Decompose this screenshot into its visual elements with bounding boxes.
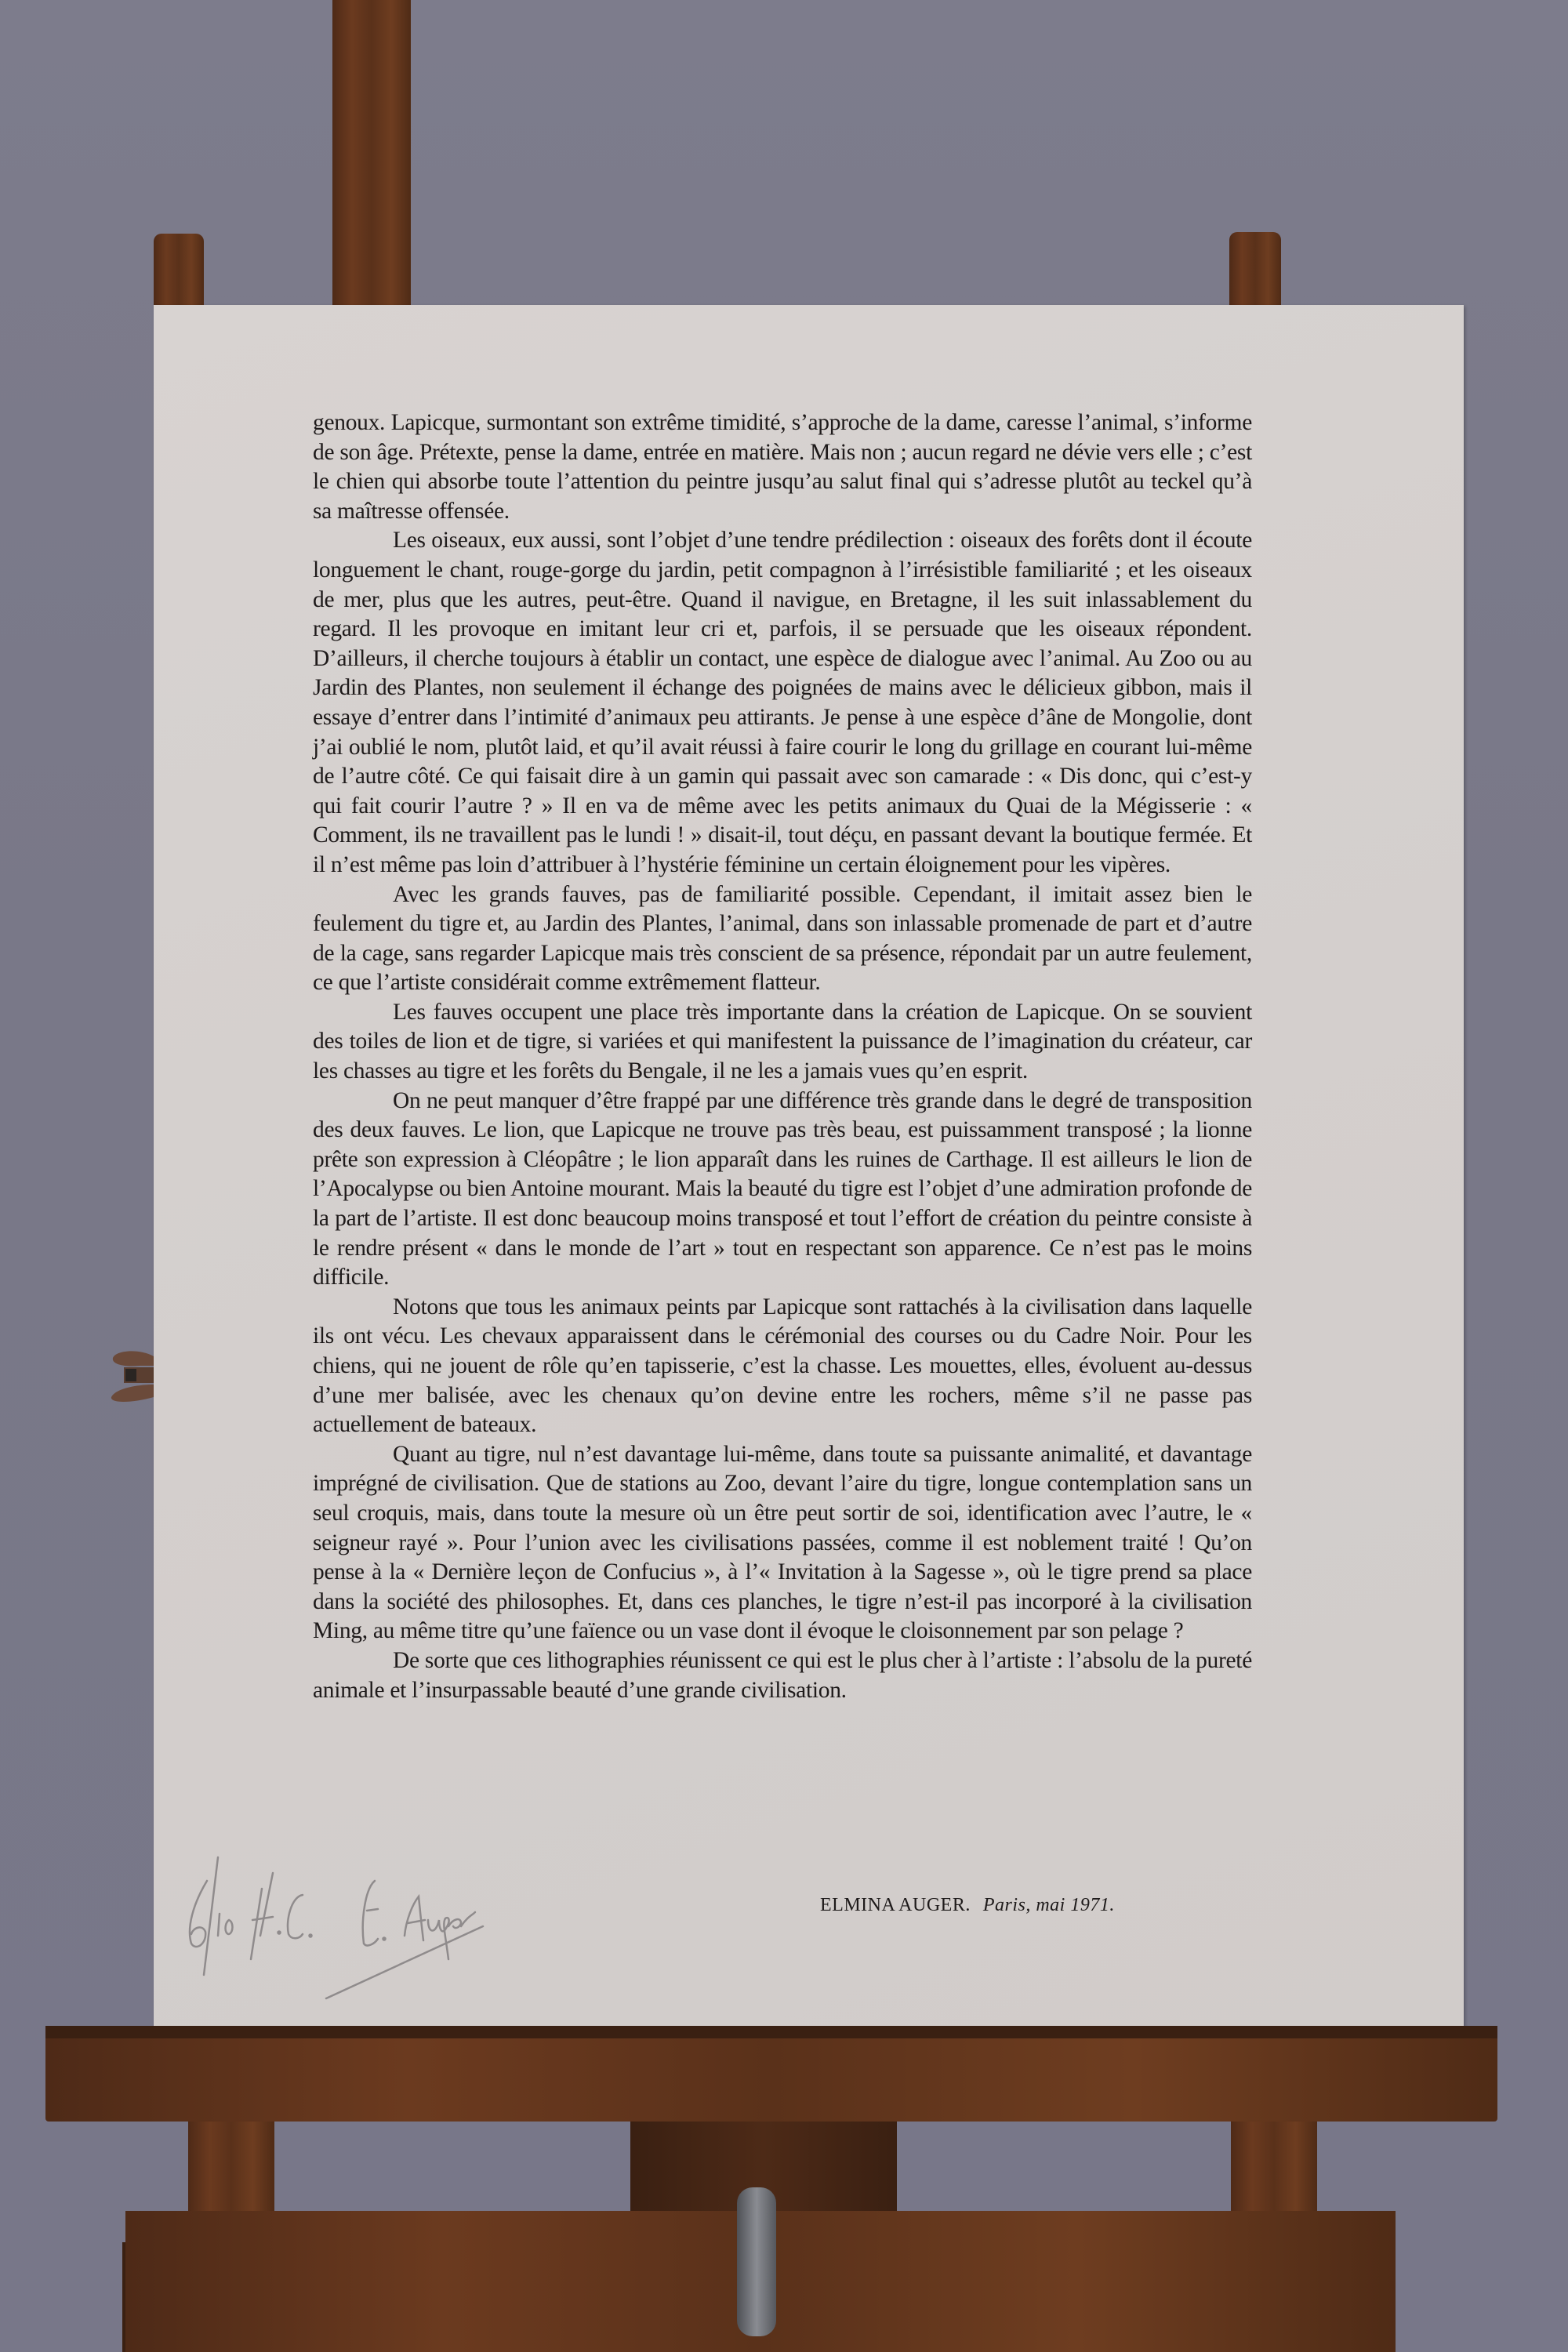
author-signature-line: ELMINA AUGER.Paris, mai 1971. xyxy=(820,1895,1115,1916)
easel-mast xyxy=(332,0,411,314)
paragraph: Notons que tous les animaux peints par L… xyxy=(313,1293,1252,1440)
pencil-signature xyxy=(169,1842,577,2014)
body-text: genoux. Lapicque, surmontant son extrême… xyxy=(313,408,1252,1705)
document-page: genoux. Lapicque, surmontant son extrême… xyxy=(154,305,1464,2044)
paragraph: Avec les grands fauves, pas de familiari… xyxy=(313,880,1252,998)
wingnut-icon xyxy=(108,1341,155,1403)
crank-wheel-icon xyxy=(737,2187,776,2336)
paragraph: Les oiseaux, eux aussi, sont l’objet d’u… xyxy=(313,526,1252,880)
author-name: ELMINA AUGER. xyxy=(820,1895,971,1915)
paragraph: Les fauves occupent une place très impor… xyxy=(313,998,1252,1087)
paragraph: Quant au tigre, nul n’est davantage lui-… xyxy=(313,1440,1252,1646)
paragraph: genoux. Lapicque, surmontant son extrême… xyxy=(313,408,1252,526)
paragraph: De sorte que ces lithographies réunissen… xyxy=(313,1646,1252,1705)
place-date: Paris, mai 1971. xyxy=(983,1895,1115,1915)
paragraph: On ne peut manquer d’être frappé par une… xyxy=(313,1087,1252,1293)
easel-ledge xyxy=(45,2034,1497,2122)
easel-ledge-groove xyxy=(45,2026,1497,2038)
